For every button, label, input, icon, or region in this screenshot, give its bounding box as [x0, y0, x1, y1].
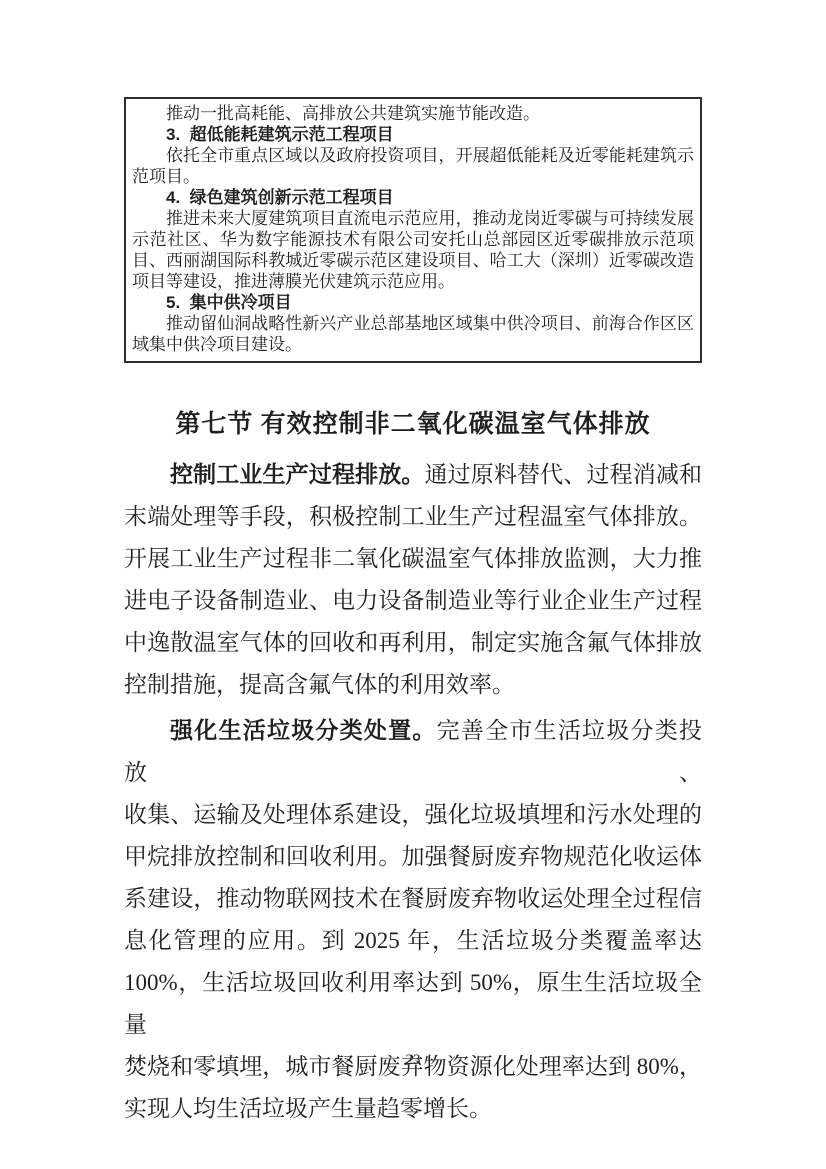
text-run: 系建设，推动物联网技术在餐厨废弃物收运处理全过程信 — [124, 886, 702, 911]
bold-run: 强化生活垃圾分类处置。 — [170, 718, 437, 743]
text-line: 强化生活垃圾分类处置。完善全市生活垃圾分类投放、 — [124, 710, 702, 794]
text-line: 3. 超低能耗建筑示范工程项目 — [132, 124, 694, 145]
text-run: 通过原料替代、过程消减和 — [425, 462, 703, 487]
bold-run: 4. 绿色建筑创新示范工程项目 — [166, 188, 394, 207]
document-page: 推动一批高耗能、高排放公共建筑实施节能改造。3. 超低能耗建筑示范工程项目依托全… — [0, 0, 826, 1169]
section-body: 控制工业生产过程排放。通过原料替代、过程消减和末端处理等手段，积极控制工业生产过… — [124, 454, 702, 1130]
text-run: 推动留仙洞战略性新兴产业总部基地区域集中供冷项目、前海合作区区 — [166, 314, 694, 333]
text-run: 实现人均生活垃圾产生量趋零增长。 — [124, 1096, 492, 1121]
text-line: 项目等建设，推进薄膜光伏建筑示范应用。 — [132, 271, 694, 292]
text-run: 推进未来大厦建筑项目直流电示范应用，推动龙岗近零碳与可持续发展 — [166, 209, 694, 228]
text-line: 推进未来大厦建筑项目直流电示范应用，推动龙岗近零碳与可持续发展 — [132, 208, 694, 229]
text-line: 实现人均生活垃圾产生量趋零增长。 — [124, 1088, 702, 1130]
text-run: 开展工业生产过程非二氧化碳温室气体排放监测，大力推 — [124, 546, 702, 571]
text-line: 100%，生活垃圾回收利用率达到 50%，原生生活垃圾全量 — [124, 962, 702, 1046]
text-line: 5. 集中供冷项目 — [132, 292, 694, 313]
text-run: 目、西丽湖国际科教城近零碳示范区建设项目、哈工大（深圳）近零碳改造 — [132, 251, 694, 270]
bold-run: 3. 超低能耗建筑示范工程项目 — [166, 125, 394, 144]
project-list-box: 推动一批高耗能、高排放公共建筑实施节能改造。3. 超低能耗建筑示范工程项目依托全… — [124, 97, 702, 363]
bold-run: 5. 集中供冷项目 — [166, 293, 292, 312]
content-column: 推动一批高耗能、高排放公共建筑实施节能改造。3. 超低能耗建筑示范工程项目依托全… — [124, 97, 702, 1130]
text-run: 域集中供冷项目建设。 — [132, 335, 302, 354]
text-line: 推动一批高耗能、高排放公共建筑实施节能改造。 — [132, 103, 694, 124]
text-run: 项目等建设，推进薄膜光伏建筑示范应用。 — [132, 272, 455, 291]
paragraph: 控制工业生产过程排放。通过原料替代、过程消减和末端处理等手段，积极控制工业生产过… — [124, 454, 702, 706]
text-run: 甲烷排放控制和回收利用。加强餐厨废弃物规范化收运体 — [124, 844, 702, 869]
text-run: 末端处理等手段，积极控制工业生产过程温室气体排放。 — [124, 504, 702, 529]
text-run: 推动一批高耗能、高排放公共建筑实施节能改造。 — [166, 104, 540, 123]
section-heading: 第七节 有效控制非二氧化碳温室气体排放 — [124, 409, 702, 441]
text-run: 100%，生活垃圾回收利用率达到 50%，原生生活垃圾全量 — [124, 970, 702, 1037]
text-run: 息化管理的应用。到 2025 年，生活垃圾分类覆盖率达 — [124, 928, 702, 953]
text-line: 息化管理的应用。到 2025 年，生活垃圾分类覆盖率达 — [124, 920, 702, 962]
text-run: 控制措施，提高含氟气体的利用效率。 — [124, 672, 515, 697]
text-line: 域集中供冷项目建设。 — [132, 334, 694, 355]
text-run: 进电子设备制造业、电力设备制造业等行业企业生产过程 — [124, 588, 702, 613]
text-run: 示范社区、华为数字能源技术有限公司安托山总部园区近零碳排放示范项 — [132, 230, 694, 249]
text-line: 控制措施，提高含氟气体的利用效率。 — [124, 664, 702, 706]
text-line: 中逸散温室气体的回收和再利用，制定实施含氟气体排放 — [124, 622, 702, 664]
text-line: 进电子设备制造业、电力设备制造业等行业企业生产过程 — [124, 580, 702, 622]
text-line: 控制工业生产过程排放。通过原料替代、过程消减和 — [124, 454, 702, 496]
text-line: 4. 绿色建筑创新示范工程项目 — [132, 187, 694, 208]
text-line: 甲烷排放控制和回收利用。加强餐厨废弃物规范化收运体 — [124, 836, 702, 878]
text-line: 范项目。 — [132, 166, 694, 187]
text-line: 末端处理等手段，积极控制工业生产过程温室气体排放。 — [124, 496, 702, 538]
text-line: 开展工业生产过程非二氧化碳温室气体排放监测，大力推 — [124, 538, 702, 580]
text-run: 中逸散温室气体的回收和再利用，制定实施含氟气体排放 — [124, 630, 702, 655]
text-run: 依托全市重点区域以及政府投资项目，开展超低能耗及近零能耗建筑示 — [166, 146, 694, 165]
text-line: 推动留仙洞战略性新兴产业总部基地区域集中供冷项目、前海合作区区 — [132, 313, 694, 334]
text-line: 系建设，推动物联网技术在餐厨废弃物收运处理全过程信 — [124, 878, 702, 920]
bold-run: 控制工业生产过程排放。 — [170, 462, 425, 487]
text-run: 范项目。 — [132, 167, 200, 186]
text-run: 收集、运输及处理体系建设，强化垃圾填埋和污水处理的 — [124, 802, 702, 827]
page-number: 23 — [0, 1052, 826, 1069]
text-line: 收集、运输及处理体系建设，强化垃圾填埋和污水处理的 — [124, 794, 702, 836]
text-line: 目、西丽湖国际科教城近零碳示范区建设项目、哈工大（深圳）近零碳改造 — [132, 250, 694, 271]
text-line: 示范社区、华为数字能源技术有限公司安托山总部园区近零碳排放示范项 — [132, 229, 694, 250]
text-line: 依托全市重点区域以及政府投资项目，开展超低能耗及近零能耗建筑示 — [132, 145, 694, 166]
